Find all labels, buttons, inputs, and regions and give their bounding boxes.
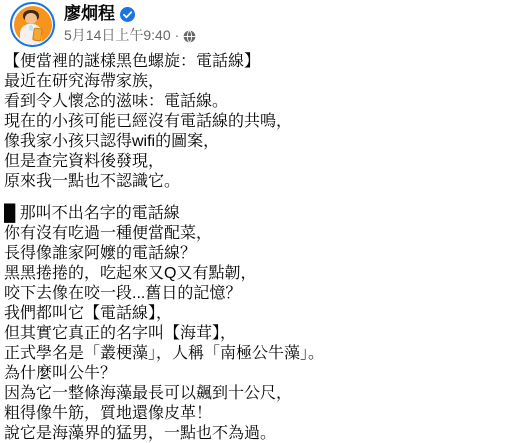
- verified-badge-icon: [120, 7, 135, 22]
- meta-separator: ·: [175, 27, 180, 44]
- post-paragraph-2: █ 那叫不出名字的電話線 你有沒有吃過一種便當配菜， 長得像誰家阿嬤的電話線？ …: [4, 204, 502, 443]
- post-paragraph-1: 【便當裡的謎樣黑色螺旋：電話線】 最近在研究海帶家族， 看到令人懷念的滋味：電話…: [4, 52, 502, 192]
- facebook-post: 廖炯程 5月14日上午9:40 ·: [0, 0, 506, 443]
- avatar-face: [25, 13, 37, 24]
- author-name[interactable]: 廖炯程: [64, 4, 115, 24]
- post-body: 【便當裡的謎樣黑色螺旋：電話線】 最近在研究海帶家族， 看到令人懷念的滋味：電話…: [4, 52, 502, 443]
- author-name-row: 廖炯程: [64, 4, 196, 24]
- avatar[interactable]: [10, 2, 55, 47]
- timestamp[interactable]: 5月14日上午9:40: [64, 27, 171, 44]
- globe-icon: [183, 30, 196, 43]
- avatar-image: [14, 6, 52, 44]
- header-text: 廖炯程 5月14日上午9:40 ·: [64, 2, 196, 44]
- post-meta: 5月14日上午9:40 ·: [64, 27, 196, 44]
- post-header: 廖炯程 5月14日上午9:40 ·: [10, 2, 196, 47]
